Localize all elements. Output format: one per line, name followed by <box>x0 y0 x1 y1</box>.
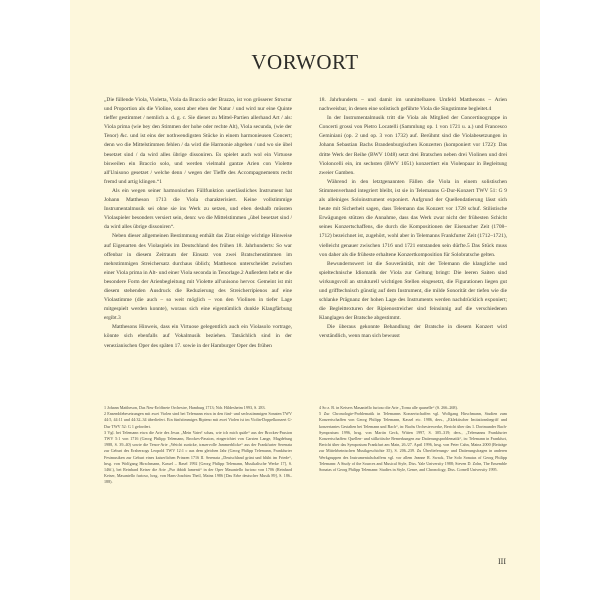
paragraph: 18. Jahrhunderts – und damit im unmittel… <box>319 96 507 114</box>
footnotes-right: 4 So z. B. in Keisers Masaniello furioso… <box>319 405 507 473</box>
paragraph: „Die füllende Viola, Violetta, Viola da … <box>104 96 292 187</box>
paragraph: Bewundernswert ist die Souveränität, mit… <box>319 260 507 324</box>
paragraph: Die überaus gekonnte Behandlung der Brat… <box>319 323 507 341</box>
footnotes-left: 1 Johann Mattheson, Das Neu-Eröffnete Or… <box>104 405 292 486</box>
paragraph: Neben dieser allgemeinen Bestimmung enth… <box>104 232 292 323</box>
footnote: 5 Zur Chronologie-Problematik in Teleman… <box>319 411 507 473</box>
page-number: III <box>498 557 506 566</box>
right-text-column: 18. Jahrhunderts – und damit im unmittel… <box>319 96 507 342</box>
paragraph: Während in den letztgenannten Fällen die… <box>319 178 507 260</box>
left-text-column: „Die füllende Viola, Violetta, Viola da … <box>104 96 292 351</box>
footnote: 3 Vgl. bei Telemann etwa die Arie des Je… <box>104 430 292 486</box>
footnote: 2 Ensemblebesetzungen mit zwei Violen si… <box>104 411 292 430</box>
paragraph: In der Instrumentalmusik tritt die Viola… <box>319 114 507 178</box>
document-page: VORWORT „Die füllende Viola, Violetta, V… <box>70 0 540 600</box>
paragraph: Als ein wegen seiner harmonischen Füllfu… <box>104 187 292 232</box>
page-title: VORWORT <box>70 50 540 75</box>
paragraph: Matthesons Hinweis, dass ein Virtuose ge… <box>104 323 292 350</box>
